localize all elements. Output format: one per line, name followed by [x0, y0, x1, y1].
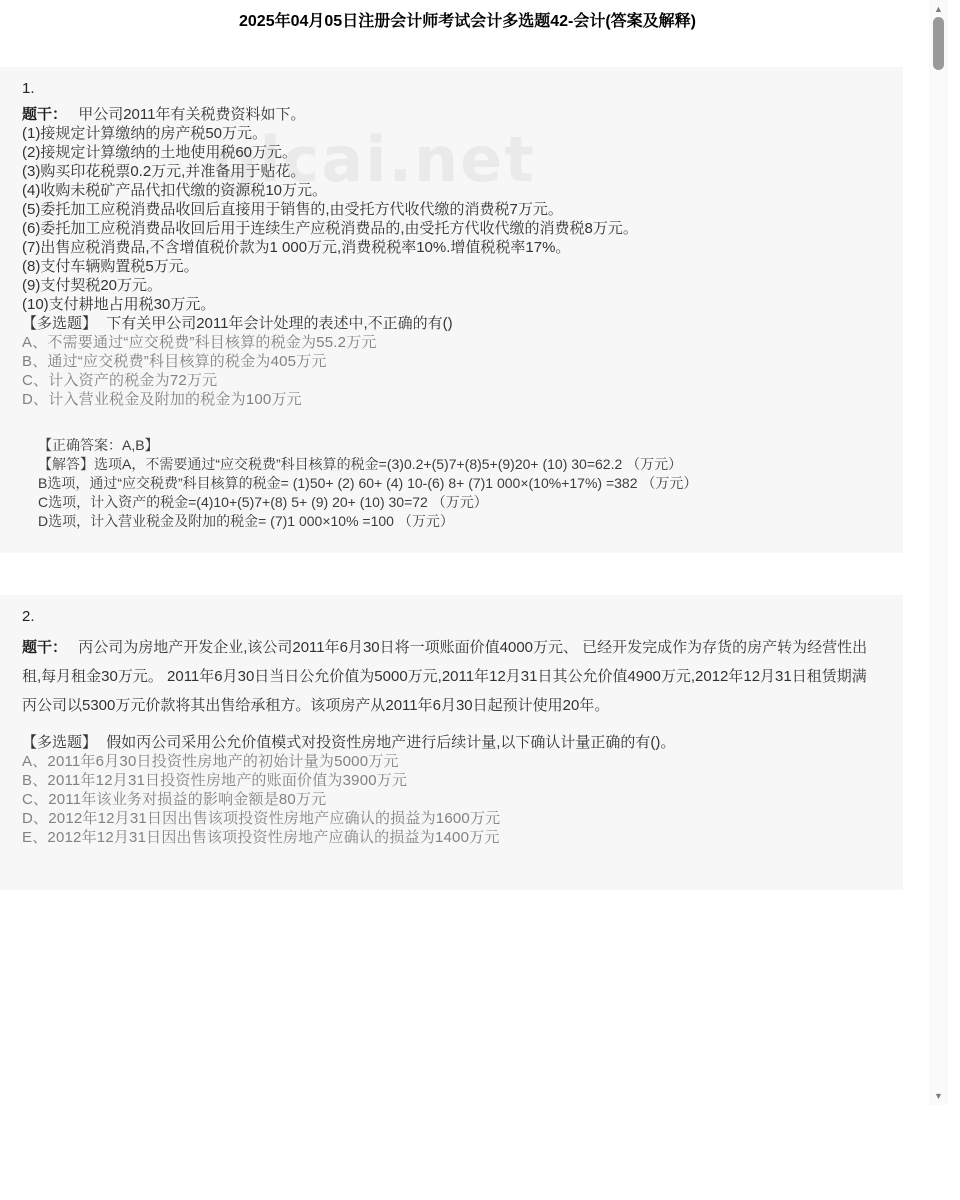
stem-text: 丙公司为房地产开发企业,该公司2011年6月30日将一项账面价值4000万元、 …: [22, 639, 867, 714]
stem-item-4: (4)收购未税矿产品代扣代缴的资源税10万元。: [22, 181, 881, 200]
question-block-1: glcai.net 1. 题干： 甲公司2011年有关税费资料如下。 (1)接规…: [0, 67, 903, 553]
page-title: 2025年04月05日注册会计师考试会计多选题42-会计(答案及解释): [0, 0, 935, 67]
question-type-label: 【多选题】: [22, 315, 97, 332]
stem-item-8: (8)支付车辆购置税5万元。: [22, 257, 881, 276]
question-1-number: 1.: [22, 80, 881, 98]
scrollbar-up-arrow-icon[interactable]: ▲: [929, 2, 948, 16]
stem-item-1: (1)接规定计算缴纳的房产税50万元。: [22, 124, 881, 143]
block-gap: [0, 553, 960, 595]
question-2-option-c: C、2011年该业务对损益的影响金额是80万元: [22, 790, 881, 809]
question-2-type-line: 【多选题】 假如丙公司采用公允价值模式对投资性房地产进行后续计量,以下确认计量正…: [22, 733, 881, 752]
question-1-text: 下有关甲公司2011年会计处理的表述中,不正确的有(): [106, 315, 452, 332]
question-2-option-e: E、2012年12月31日因出售该项投资性房地产应确认的损益为1400万元: [22, 828, 881, 847]
explanation-line-3: C选项，计入资产的税金=(4)10+(5)7+(8) 5+ (9) 20+ (1…: [38, 493, 881, 512]
stem-item-9: (9)支付契税20万元。: [22, 276, 881, 295]
correct-answer: 【正确答案：A,B】: [38, 436, 881, 455]
scrollbar[interactable]: ▲ ▼: [929, 0, 948, 1105]
stem-item-10: (10)支付耕地占用税30万元。: [22, 295, 881, 314]
stem-item-6: (6)委托加工应税消费品收回后用于连续生产应税消费品的,由受托方代收代缴的消费税…: [22, 219, 881, 238]
question-1-stem: 题干： 甲公司2011年有关税费资料如下。: [22, 105, 881, 124]
scrollbar-thumb[interactable]: [933, 17, 944, 70]
explanation-line-2: B选项，通过“应交税费”科目核算的税金= (1)50+ (2) 60+ (4) …: [38, 474, 881, 493]
question-2-option-b: B、2011年12月31日投资性房地产的账面价值为3900万元: [22, 771, 881, 790]
stem-label: 题干：: [22, 106, 67, 123]
question-2-number: 2.: [22, 608, 881, 626]
question-2-option-d: D、2012年12月31日因出售该项投资性房地产应确认的损益为1600万元: [22, 809, 881, 828]
question-2-stem: 题干： 丙公司为房地产开发企业,该公司2011年6月30日将一项账面价值4000…: [22, 633, 881, 720]
question-2-text: 假如丙公司采用公允价值模式对投资性房地产进行后续计量,以下确认计量正确的有()。: [106, 734, 675, 751]
answer-section: 【正确答案：A,B】 【解答】选项A，不需要通过“应交税费”科目核算的税金=(3…: [38, 436, 881, 531]
stem-item-5: (5)委托加工应税消费品收回后直接用于销售的,由受托方代收代缴的消费税7万元。: [22, 200, 881, 219]
question-1-option-a: A、不需要通过“应交税费”科目核算的税金为55.2万元: [22, 333, 881, 352]
stem-item-2: (2)接规定计算缴纳的土地使用税60万元。: [22, 143, 881, 162]
explanation-line-4: D选项，计入营业税金及附加的税金= (7)1 000×10% =100 （万元）: [38, 512, 881, 531]
question-1-type-line: 【多选题】 下有关甲公司2011年会计处理的表述中,不正确的有(): [22, 314, 881, 333]
stem-item-7: (7)出售应税消费品,不含增值税价款为1 000万元,消费税税率10%.增值税税…: [22, 238, 881, 257]
question-2-option-a: A、2011年6月30日投资性房地产的初始计量为5000万元: [22, 752, 881, 771]
stem-label: 题干：: [22, 639, 67, 656]
stem-item-3: (3)购买印花税票0.2万元,并准备用于贴花。: [22, 162, 881, 181]
question-1-option-d: D、计入营业税金及附加的税金为100万元: [22, 390, 881, 409]
question-1-option-c: C、计入资产的税金为72万元: [22, 371, 881, 390]
stem-intro: 甲公司2011年有关税费资料如下。: [78, 106, 305, 123]
question-block-2: 2. 题干： 丙公司为房地产开发企业,该公司2011年6月30日将一项账面价值4…: [0, 595, 903, 890]
explanation-line-1: 【解答】选项A，不需要通过“应交税费”科目核算的税金=(3)0.2+(5)7+(…: [38, 455, 881, 474]
question-type-label: 【多选题】: [22, 734, 97, 751]
scrollbar-down-arrow-icon[interactable]: ▼: [929, 1089, 948, 1103]
question-1-option-b: B、通过“应交税费”科目核算的税金为405万元: [22, 352, 881, 371]
